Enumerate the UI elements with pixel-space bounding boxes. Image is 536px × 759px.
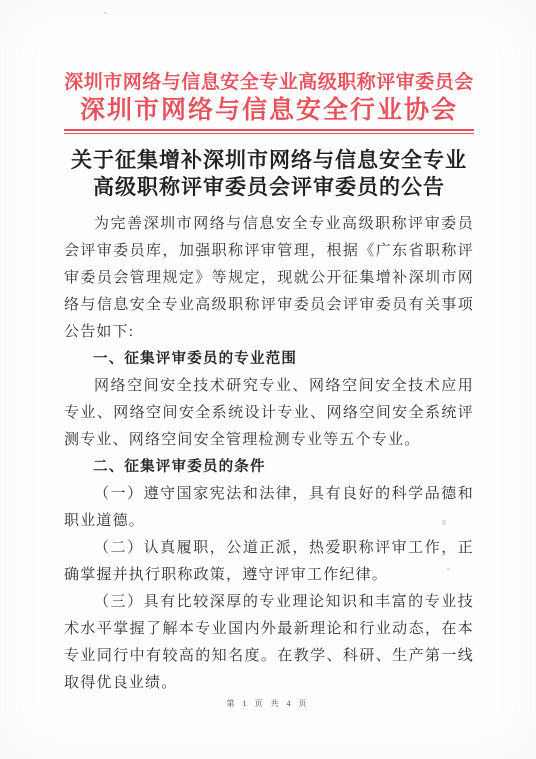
scan-speck [447, 568, 450, 570]
document-content: 深圳市网络与信息安全专业高级职称评审委员会 深圳市网络与信息安全行业协会 关于征… [64, 70, 474, 697]
section-1-heading: 一、征集评审委员的专业范围 [64, 346, 474, 373]
scanned-document-page: 深圳市网络与信息安全专业高级职称评审委员会 深圳市网络与信息安全行业协会 关于征… [0, 0, 536, 759]
document-title: 关于征集增补深圳市网络与信息安全专业 高级职称评审委员会评审委员的公告 [64, 147, 474, 201]
document-title-line1: 关于征集增补深圳市网络与信息安全专业 [64, 147, 474, 174]
document-title-line2: 高级职称评审委员会评审委员的公告 [64, 174, 474, 201]
section-2-item-2: （二）认真履职，公道正派，热爱职称评审工作，正确掌握并执行职称政策，遵守评审工作… [64, 535, 474, 589]
scan-speck [442, 520, 446, 525]
intro-paragraph: 为完善深圳市网络与信息安全专业高级职称评审委员会评审委员库，加强职称评审管理，根… [64, 211, 474, 346]
section-2-item-3: （三）具有比较深厚的专业理论知识和丰富的专业技术水平掌握了解本专业国内外最新理论… [64, 589, 474, 697]
page-number-footer: 第 1 页 共 4 页 [0, 698, 536, 709]
document-body: 为完善深圳市网络与信息安全专业高级职称评审委员会评审委员库，加强职称评审管理，根… [64, 211, 474, 697]
letterhead-committee-name: 深圳市网络与信息安全专业高级职称评审委员会 [64, 70, 474, 95]
scan-speck [104, 12, 107, 14]
letterhead-association-name: 深圳市网络与信息安全行业协会 [64, 95, 474, 126]
section-1-paragraph: 网络空间安全技术研究专业、网络空间安全技术应用专业、网络空间安全系统设计专业、网… [64, 373, 474, 454]
section-2-item-1: （一）遵守国家宪法和法律，具有良好的科学品德和职业道德。 [64, 481, 474, 535]
letterhead-double-rule [64, 129, 474, 134]
rule-bottom-line [64, 133, 474, 134]
letterhead: 深圳市网络与信息安全专业高级职称评审委员会 深圳市网络与信息安全行业协会 [64, 70, 474, 134]
section-2-heading: 二、征集评审委员的条件 [64, 454, 474, 481]
